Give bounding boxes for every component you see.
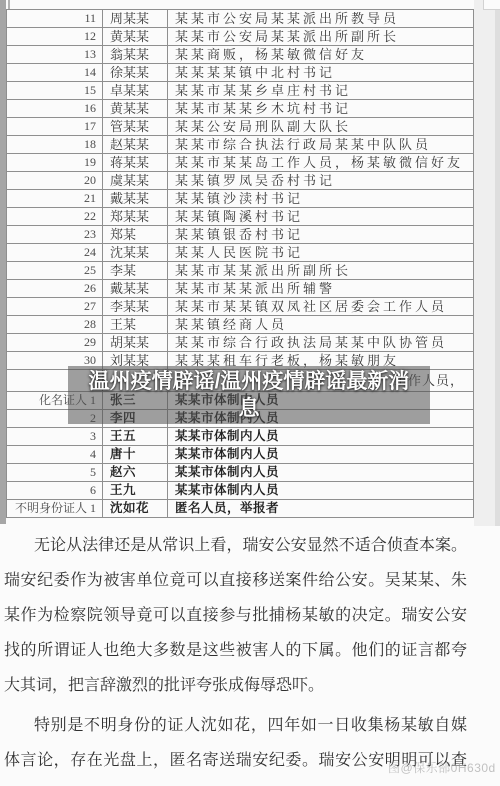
text-line: 特别是不明身份的证人沈如花，四年如一日收集杨某敏自媒 (4, 708, 467, 743)
cell-name: 沈如花 (103, 500, 168, 518)
text-line: 某作为检察院领导竟可以直接参与批捕杨某敏的决定。瑞安公安 (4, 598, 467, 633)
cell-name: 卓某某 (103, 82, 168, 100)
table-row: 5赵六某某市体制内人员 (7, 464, 474, 482)
text-line: 瑞安纪委作为被害单位竟可以直接移送案件给公安。吴某某、朱 (4, 563, 467, 598)
cell-number: 6 (7, 482, 103, 500)
cell-description: 某某市某某派出所辅警 (168, 280, 474, 298)
cell-description: 某某市体制内人员 (168, 446, 474, 464)
table-row: 不明身份证人 1沈如花匿名人员，举报者 (7, 500, 474, 518)
top-left-edge-tick (8, 0, 10, 9)
cell-number: 29 (7, 334, 103, 352)
cell-description: 某某市某某派出所副所长 (168, 262, 474, 280)
cell-name: 郑某 (103, 226, 168, 244)
cell-description: 某某镇沙渎村书记 (168, 190, 474, 208)
table-row: 6王九某某市体制内人员 (7, 482, 474, 500)
cell-description: 某某镇银岙村书记 (168, 226, 474, 244)
cell-name: 周某某 (103, 10, 168, 28)
table-row: 20虞某某某某镇罗凤吴岙村书记 (7, 172, 474, 190)
table-row: 25李某某某市某某派出所副所长 (7, 262, 474, 280)
cell-description: 某某市体制内人员 (168, 428, 474, 446)
cell-number: 25 (7, 262, 103, 280)
cell-number: 3 (7, 428, 103, 446)
table-row: 26戴某某某某市某某派出所辅警 (7, 280, 474, 298)
cell-description: 某某市某某乡木坑村书记 (168, 100, 474, 118)
table-row: 29胡某某某某市综合行政执法局某某中队协管员 (7, 334, 474, 352)
cell-number: 13 (7, 46, 103, 64)
cell-number: 23 (7, 226, 103, 244)
document-page: 11周某某某某市公安局某某派出所教导员12黄某某某某市公安局某某派出所副所长13… (0, 0, 500, 786)
cell-description: 某某市某某镇双凤社区居委会工作人员 (168, 298, 474, 316)
table-row: 11周某某某某市公安局某某派出所教导员 (7, 10, 474, 28)
table-row: 3王五某某市体制内人员 (7, 428, 474, 446)
cell-name: 胡某某 (103, 334, 168, 352)
cell-description: 某某市体制内人员 (168, 482, 474, 500)
cell-description: 某某市公安局某某派出所教导员 (168, 10, 474, 28)
cell-name: 王九 (103, 482, 168, 500)
table-row: 12黄某某某某市公安局某某派出所副所长 (7, 28, 474, 46)
cell-name: 徐某某 (103, 64, 168, 82)
cell-name: 管某某 (103, 118, 168, 136)
article-body-text: 无论从法律还是从常识上看，瑞安公安显然不适合侦查本案。瑞安纪委作为被害单位竟可以… (4, 528, 467, 778)
cell-number: 18 (7, 136, 103, 154)
cell-number: 22 (7, 208, 103, 226)
rumor-banner-overlay: 温州疫情辟谣/温州疫情辟谣最新消 息 (68, 366, 430, 424)
cell-number: 5 (7, 464, 103, 482)
cell-description: 某某市某某岛工作人员，杨某敏微信好友 (168, 154, 474, 172)
table-row: 22郑某某某某镇陶溪村书记 (7, 208, 474, 226)
cell-description: 匿名人员，举报者 (168, 500, 474, 518)
cell-name: 沈某某 (103, 244, 168, 262)
cell-name: 戴某某 (103, 280, 168, 298)
cell-number: 19 (7, 154, 103, 172)
rumor-banner-line1: 温州疫情辟谣/温州疫情辟谣最新消 (68, 368, 430, 395)
cell-name: 赵某某 (103, 136, 168, 154)
cell-number: 24 (7, 244, 103, 262)
table-row: 16黄某某某某市某某乡木坑村书记 (7, 100, 474, 118)
cell-description: 某某市某某乡卓庄村书记 (168, 82, 474, 100)
cell-number: 21 (7, 190, 103, 208)
cell-number: 28 (7, 316, 103, 334)
text-line: 找的所谓证人也绝大多数是这些被害人的下属。他们的证言都夸 (4, 633, 467, 668)
text-line: 无论从法律还是从常识上看，瑞安公安显然不适合侦查本案。 (4, 528, 467, 563)
table-row: 18赵某某某某市综合执法行政局某某中队队员 (7, 136, 474, 154)
table-row: 21戴某某某某镇沙渎村书记 (7, 190, 474, 208)
table-row: 15卓某某某某市某某乡卓庄村书记 (7, 82, 474, 100)
cell-name: 赵六 (103, 464, 168, 482)
cell-number: 27 (7, 298, 103, 316)
cell-name: 黄某某 (103, 28, 168, 46)
table-row: 4唐十某某市体制内人员 (7, 446, 474, 464)
cell-description: 某某公安局刑队副大队长 (168, 118, 474, 136)
table-row: 24沈某某某某人民医院书记 (7, 244, 474, 262)
cell-name: 戴某某 (103, 190, 168, 208)
cell-number: 12 (7, 28, 103, 46)
cell-number: 26 (7, 280, 103, 298)
cell-number: 不明身份证人 1 (7, 500, 103, 518)
cell-name: 王五 (103, 428, 168, 446)
cell-name: 唐十 (103, 446, 168, 464)
paragraph: 无论从法律还是从常识上看，瑞安公安显然不适合侦查本案。瑞安纪委作为被害单位竟可以… (4, 528, 467, 703)
top-right-corner-notch (483, 0, 500, 10)
cell-name: 虞某某 (103, 172, 168, 190)
cell-description: 某某镇陶溪村书记 (168, 208, 474, 226)
cell-description: 某某市综合执法行政局某某中队队员 (168, 136, 474, 154)
table-row: 17管某某某某公安局刑队副大队长 (7, 118, 474, 136)
cell-name: 李某某 (103, 298, 168, 316)
rumor-banner-line2: 息 (68, 395, 430, 422)
table-row: 13翁某某某某商贩，杨某敏微信好友 (7, 46, 474, 64)
cell-description: 某某商贩，杨某敏微信好友 (168, 46, 474, 64)
cell-number: 4 (7, 446, 103, 464)
cell-name: 翁某某 (103, 46, 168, 64)
cell-name: 蒋某某 (103, 154, 168, 172)
table-row: 27李某某某某市某某镇双凤社区居委会工作人员 (7, 298, 474, 316)
cell-name: 李某 (103, 262, 168, 280)
cell-description: 某某镇罗凤吴岙村书记 (168, 172, 474, 190)
cell-name: 王某 (103, 316, 168, 334)
cell-number: 17 (7, 118, 103, 136)
cell-description: 某某市公安局某某派出所副所长 (168, 28, 474, 46)
table-row: 19蒋某某某某市某某岛工作人员，杨某敏微信好友 (7, 154, 474, 172)
cell-description: 某某市体制内人员 (168, 464, 474, 482)
table-row: 28王某某某镇经商人员 (7, 316, 474, 334)
cell-description: 某某市综合行政执法局某某中队协管员 (168, 334, 474, 352)
cell-number: 14 (7, 64, 103, 82)
cell-number: 11 (7, 10, 103, 28)
cell-name: 郑某某 (103, 208, 168, 226)
cell-number: 16 (7, 100, 103, 118)
cell-description: 某某某某镇中北村书记 (168, 64, 474, 82)
table-row: 23郑某某某镇银岙村书记 (7, 226, 474, 244)
cell-number: 20 (7, 172, 103, 190)
text-line: 大其词，把言辞激烈的批评夸张成侮辱恐吓。 (4, 668, 467, 703)
table-row: 14徐某某某某某某镇中北村书记 (7, 64, 474, 82)
cell-description: 某某镇经商人员 (168, 316, 474, 334)
cell-name: 黄某某 (103, 100, 168, 118)
watermark-text: 图@保乐部0H630d (388, 759, 500, 776)
cell-description: 某某人民医院书记 (168, 244, 474, 262)
witness-list-table: 11周某某某某市公安局某某派出所教导员12黄某某某某市公安局某某派出所副所长13… (6, 9, 474, 518)
page-right-edge-strip (495, 0, 500, 526)
cell-number: 15 (7, 82, 103, 100)
